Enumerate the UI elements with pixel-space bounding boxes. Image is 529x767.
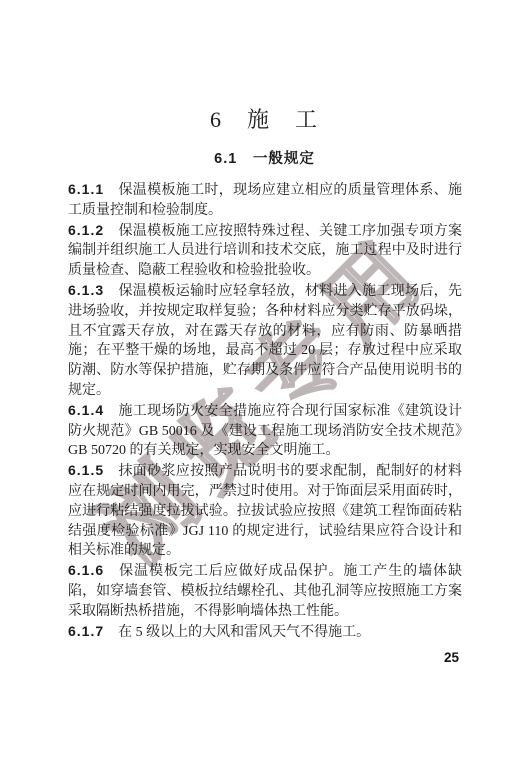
document-page: 浏览专用 6 施 工 6.1 一般规定 6.1.1保温模板施工时，现场应建立相应… bbox=[0, 0, 529, 767]
clause-number: 6.1.4 bbox=[68, 402, 118, 418]
clause-text: 保温模板完工后应做好成品保护。施工产生的墙体缺陷，如穿墙套管、模板拉结螺栓孔、其… bbox=[68, 564, 462, 619]
chapter-title: 6 施 工 bbox=[0, 103, 529, 134]
clause-text: 保温模板施工时，现场应建立相应的质量管理体系、施工质量控制和检验制度。 bbox=[68, 183, 462, 218]
clause-6-1-3: 6.1.3保温模板运输时应轻拿轻放，材料进入施工现场后，先进场验收，并按规定取样… bbox=[68, 281, 462, 401]
clause-6-1-6: 6.1.6保温模板完工后应做好成品保护。施工产生的墙体缺陷，如穿墙套管、模板拉结… bbox=[68, 561, 462, 621]
clause-6-1-4: 6.1.4施工现场防火安全措施应符合现行国家标准《建筑设计防火规范》GB 500… bbox=[68, 401, 462, 461]
clause-number: 6.1.5 bbox=[68, 462, 118, 478]
clause-text: 保温模板施工应按照特殊过程、关键工序加强专项方案编制并组织施工人员进行培训和技术… bbox=[68, 224, 462, 279]
clause-6-1-2: 6.1.2保温模板施工应按照特殊过程、关键工序加强专项方案编制并组织施工人员进行… bbox=[68, 221, 462, 281]
clause-number: 6.1.3 bbox=[68, 282, 118, 298]
clause-text: 抹面砂浆应按照产品说明书的要求配制，配制好的材料应在规定时间内用完，严禁过时使用… bbox=[68, 464, 462, 558]
section-title: 6.1 一般规定 bbox=[0, 147, 529, 168]
clause-number: 6.1.2 bbox=[68, 222, 118, 238]
clause-number: 6.1.6 bbox=[68, 562, 118, 578]
clause-number: 6.1.7 bbox=[68, 623, 118, 639]
clause-6-1-1: 6.1.1保温模板施工时，现场应建立相应的质量管理体系、施工质量控制和检验制度。 bbox=[68, 180, 462, 221]
clauses-container: 6.1.1保温模板施工时，现场应建立相应的质量管理体系、施工质量控制和检验制度。… bbox=[68, 180, 462, 642]
clause-text: 保温模板运输时应轻拿轻放，材料进入施工现场后，先进场验收，并按规定取样复验；各种… bbox=[68, 284, 462, 398]
clause-text: 施工现场防火安全措施应符合现行国家标准《建筑设计防火规范》GB 50016 及《… bbox=[68, 404, 462, 459]
clause-6-1-7: 6.1.7在 5 级以上的大风和雷风天气不得施工。 bbox=[68, 622, 462, 643]
page-number: 25 bbox=[444, 650, 459, 665]
clause-6-1-5: 6.1.5抹面砂浆应按照产品说明书的要求配制，配制好的材料应在规定时间内用完，严… bbox=[68, 461, 462, 561]
clause-number: 6.1.1 bbox=[68, 181, 118, 197]
clause-text: 在 5 级以上的大风和雷风天气不得施工。 bbox=[118, 625, 370, 640]
